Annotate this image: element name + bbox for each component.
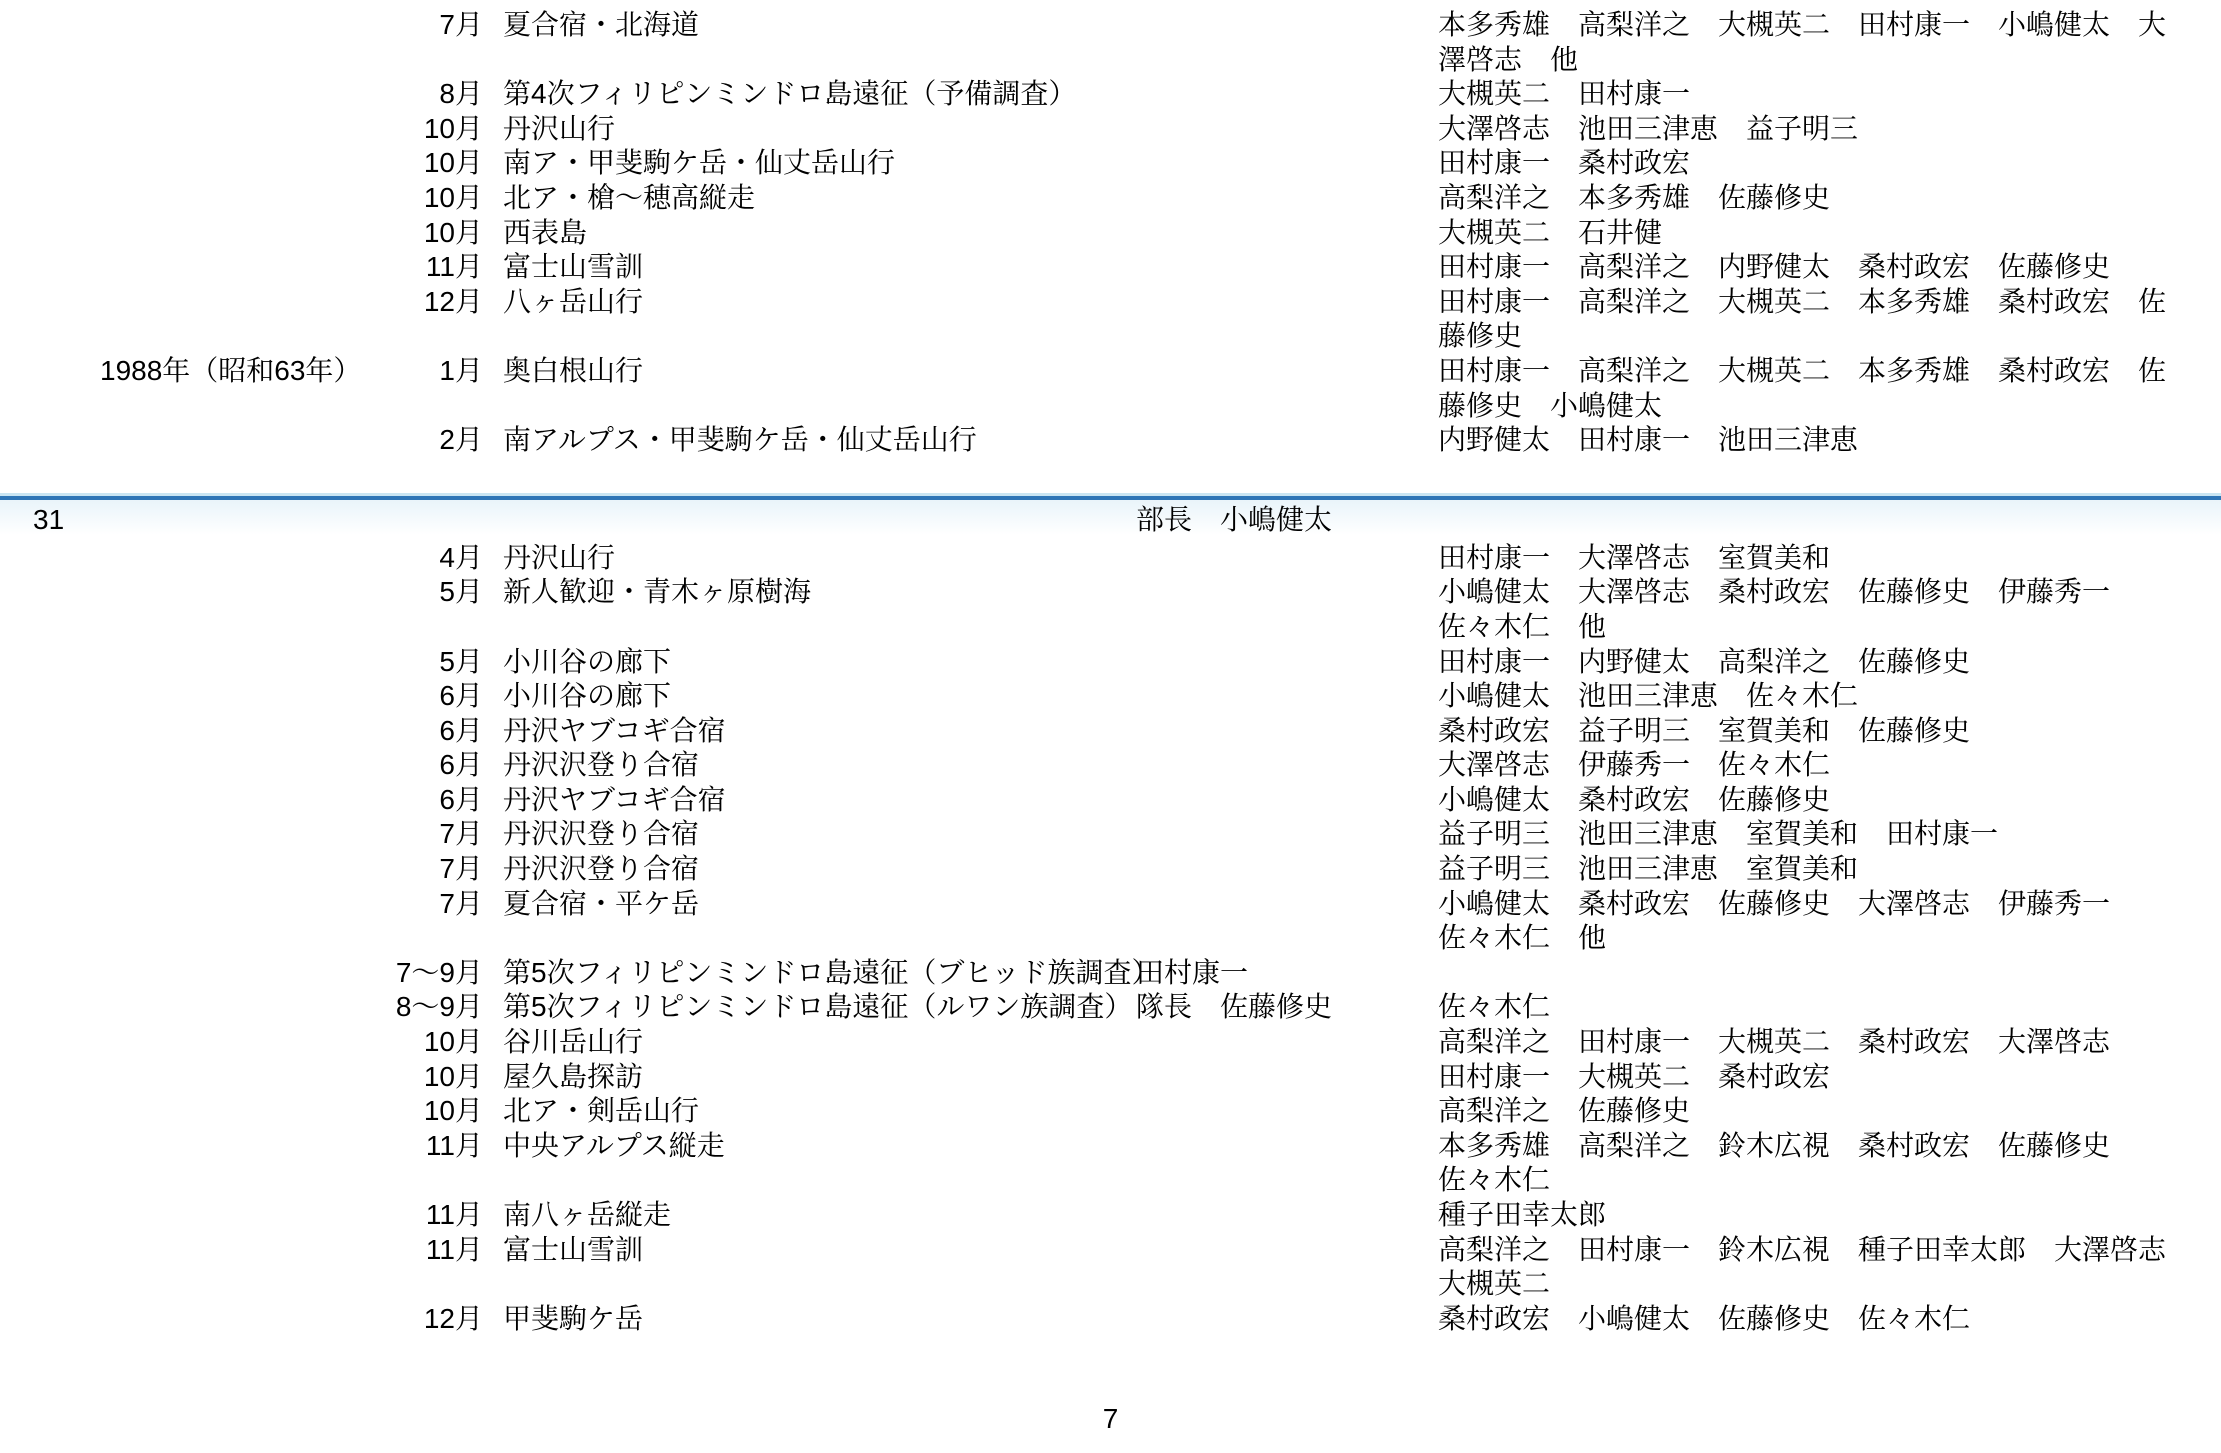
year-cell xyxy=(0,146,380,181)
month-cell: 10月 xyxy=(380,216,483,251)
year-cell xyxy=(0,748,380,783)
leader-cell xyxy=(1123,575,1438,644)
participants-cell: 大槻英二 田村康一 xyxy=(1438,77,2183,112)
year-cell xyxy=(0,216,380,251)
activity-cell: 夏合宿・平ケ岳 xyxy=(483,887,1123,956)
activity-cell: 富士山雪訓 xyxy=(483,250,1123,285)
leader-cell xyxy=(1123,354,1438,423)
activity-cell: 第5次フィリピンミンドロ島遠征（ルワン族調査） xyxy=(483,990,1123,1025)
page-number: 7 xyxy=(0,1403,2221,1435)
activity-cell: 丹沢沢登り合宿 xyxy=(483,852,1123,887)
table-row: 10月 谷川岳山行 高梨洋之 田村康一 大槻英二 桑村政宏 大澤啓志 xyxy=(0,1025,2221,1060)
table-row: 10月 北ア・槍～穂高縦走 高梨洋之 本多秀雄 佐藤修史 xyxy=(0,181,2221,216)
table-row: 10月 南ア・甲斐駒ケ岳・仙丈岳山行 田村康一 桑村政宏 xyxy=(0,146,2221,181)
month-cell: 7月 xyxy=(380,852,483,887)
year-cell xyxy=(0,1302,380,1337)
activity-table-1987: 7月 夏合宿・北海道 本多秀雄 高梨洋之 大槻英二 田村康一 小嶋健太 大澤啓志… xyxy=(0,0,2221,458)
participants-cell: 桑村政宏 小嶋健太 佐藤修史 佐々木仁 xyxy=(1438,1302,2183,1337)
section-header-row: 31 部長 小嶋健太 xyxy=(0,500,2221,541)
activity-cell: 南八ヶ岳縦走 xyxy=(483,1198,1123,1233)
activity-cell: 中央アルプス縦走 xyxy=(483,1129,1123,1198)
participants-cell: 田村康一 大槻英二 桑村政宏 xyxy=(1438,1060,2183,1095)
month-cell: 12月 xyxy=(380,1302,483,1337)
participants-cell: 小嶋健太 桑村政宏 佐藤修史 xyxy=(1438,783,2183,818)
leader-cell xyxy=(1123,1302,1438,1337)
month-cell: 6月 xyxy=(380,783,483,818)
month-cell: 8～9月 xyxy=(380,990,483,1025)
leader-cell xyxy=(1123,541,1438,576)
leader-cell xyxy=(1123,887,1438,956)
leader-cell xyxy=(1123,285,1438,354)
participants-cell: 高梨洋之 本多秀雄 佐藤修史 xyxy=(1438,181,2183,216)
participants-cell: 田村康一 高梨洋之 大槻英二 本多秀雄 桑村政宏 佐藤修史 xyxy=(1438,285,2183,354)
table-row: 11月 富士山雪訓 高梨洋之 田村康一 鈴木広視 種子田幸太郎 大澤啓志 大槻英… xyxy=(0,1233,2221,1302)
participants-cell xyxy=(1438,956,2183,991)
leader-cell xyxy=(1123,216,1438,251)
month-cell: 11月 xyxy=(380,250,483,285)
year-cell xyxy=(0,1198,380,1233)
activity-cell: 富士山雪訓 xyxy=(483,1233,1123,1302)
participants-cell: 種子田幸太郎 xyxy=(1438,1198,2183,1233)
leader-cell xyxy=(1123,146,1438,181)
month-cell: 6月 xyxy=(380,714,483,749)
year-cell xyxy=(0,1129,380,1198)
month-cell: 10月 xyxy=(380,1060,483,1095)
month-cell: 7月 xyxy=(380,817,483,852)
year-cell xyxy=(0,887,380,956)
activity-cell: 夏合宿・北海道 xyxy=(483,8,1123,77)
activity-cell: 第4次フィリピンミンドロ島遠征（予備調査） xyxy=(483,77,1123,112)
month-cell: 7月 xyxy=(380,8,483,77)
club-leader-label: 部長 小嶋健太 xyxy=(1136,503,1332,538)
activity-cell: 新人歓迎・青木ヶ原樹海 xyxy=(483,575,1123,644)
activity-cell: 第5次フィリピンミンドロ島遠征（ブヒッド族調査） xyxy=(483,956,1123,991)
year-cell xyxy=(0,250,380,285)
year-cell xyxy=(0,541,380,576)
participants-cell: 小嶋健太 池田三津恵 佐々木仁 xyxy=(1438,679,2183,714)
leader-cell xyxy=(1123,77,1438,112)
separator-gap xyxy=(0,458,2221,493)
leader-cell xyxy=(1123,8,1438,77)
year-cell xyxy=(0,990,380,1025)
year-cell xyxy=(0,645,380,680)
activity-cell: 小川谷の廊下 xyxy=(483,645,1123,680)
table-row: 7月 丹沢沢登り合宿 益子明三 池田三津恵 室賀美和 xyxy=(0,852,2221,887)
document-page: { "separator": { "left_label": "31", "ri… xyxy=(0,0,2221,1453)
participants-cell: 田村康一 桑村政宏 xyxy=(1438,146,2183,181)
table-row: 4月 丹沢山行 田村康一 大澤啓志 室賀美和 xyxy=(0,541,2221,576)
month-cell: 10月 xyxy=(380,181,483,216)
activity-cell: 南ア・甲斐駒ケ岳・仙丈岳山行 xyxy=(483,146,1123,181)
year-cell xyxy=(0,112,380,147)
month-cell: 7～9月 xyxy=(380,956,483,991)
year-cell xyxy=(0,8,380,77)
leader-cell xyxy=(1123,1233,1438,1302)
activity-cell: 丹沢沢登り合宿 xyxy=(483,817,1123,852)
participants-cell: 高梨洋之 佐藤修史 xyxy=(1438,1094,2183,1129)
participants-cell: 大槻英二 石井健 xyxy=(1438,216,2183,251)
table-row: 7月 丹沢沢登り合宿 益子明三 池田三津恵 室賀美和 田村康一 xyxy=(0,817,2221,852)
participants-cell: 佐々木仁 xyxy=(1438,990,2183,1025)
year-cell xyxy=(0,852,380,887)
participants-cell: 田村康一 内野健太 高梨洋之 佐藤修史 xyxy=(1438,645,2183,680)
table-row: 11月 南八ヶ岳縦走 種子田幸太郎 xyxy=(0,1198,2221,1233)
year-cell xyxy=(0,1233,380,1302)
table-row: 10月 丹沢山行 大澤啓志 池田三津恵 益子明三 xyxy=(0,112,2221,147)
table-row: 7～9月 第5次フィリピンミンドロ島遠征（ブヒッド族調査） 田村康一 xyxy=(0,956,2221,991)
leader-cell: 田村康一 xyxy=(1123,956,1438,991)
leader-cell xyxy=(1123,112,1438,147)
activity-cell: 北ア・槍～穂高縦走 xyxy=(483,181,1123,216)
month-cell: 8月 xyxy=(380,77,483,112)
participants-cell: 本多秀雄 高梨洋之 大槻英二 田村康一 小嶋健太 大澤啓志 他 xyxy=(1438,8,2183,77)
year-cell xyxy=(0,285,380,354)
month-cell: 10月 xyxy=(380,112,483,147)
year-cell xyxy=(0,1060,380,1095)
participants-cell: 田村康一 大澤啓志 室賀美和 xyxy=(1438,541,2183,576)
margin-page-label: 31 xyxy=(33,503,64,538)
year-cell xyxy=(0,1025,380,1060)
table-row: 12月 甲斐駒ケ岳 桑村政宏 小嶋健太 佐藤修史 佐々木仁 xyxy=(0,1302,2221,1337)
year-cell xyxy=(0,956,380,991)
participants-cell: 高梨洋之 田村康一 鈴木広視 種子田幸太郎 大澤啓志 大槻英二 xyxy=(1438,1233,2183,1302)
activity-cell: 丹沢沢登り合宿 xyxy=(483,748,1123,783)
table-row: 6月 丹沢沢登り合宿 大澤啓志 伊藤秀一 佐々木仁 xyxy=(0,748,2221,783)
leader-cell xyxy=(1123,679,1438,714)
table-row: 10月 北ア・剣岳山行 高梨洋之 佐藤修史 xyxy=(0,1094,2221,1129)
leader-cell xyxy=(1123,1060,1438,1095)
table-row: 6月 小川谷の廊下 小嶋健太 池田三津恵 佐々木仁 xyxy=(0,679,2221,714)
activity-cell: 甲斐駒ケ岳 xyxy=(483,1302,1123,1337)
month-cell: 11月 xyxy=(380,1198,483,1233)
month-cell: 12月 xyxy=(380,285,483,354)
participants-cell: 高梨洋之 田村康一 大槻英二 桑村政宏 大澤啓志 xyxy=(1438,1025,2183,1060)
activity-table-1988: 4月 丹沢山行 田村康一 大澤啓志 室賀美和 5月 新人歓迎・青木ヶ原樹海 小嶋… xyxy=(0,541,2221,1337)
month-cell: 5月 xyxy=(380,575,483,644)
table-row: 10月 屋久島探訪 田村康一 大槻英二 桑村政宏 xyxy=(0,1060,2221,1095)
year-cell xyxy=(0,423,380,458)
leader-cell xyxy=(1123,1129,1438,1198)
table-row: 6月 丹沢ヤブコギ合宿 小嶋健太 桑村政宏 佐藤修史 xyxy=(0,783,2221,818)
leader-cell xyxy=(1123,423,1438,458)
year-cell xyxy=(0,679,380,714)
activity-cell: 八ヶ岳山行 xyxy=(483,285,1123,354)
table-row: 2月 南アルプス・甲斐駒ケ岳・仙丈岳山行 内野健太 田村康一 池田三津恵 xyxy=(0,423,2221,458)
month-cell: 6月 xyxy=(380,679,483,714)
participants-cell: 田村康一 高梨洋之 内野健太 桑村政宏 佐藤修史 xyxy=(1438,250,2183,285)
month-cell: 11月 xyxy=(380,1129,483,1198)
year-cell xyxy=(0,783,380,818)
table-row: 8～9月 第5次フィリピンミンドロ島遠征（ルワン族調査） 隊長 佐藤修史 佐々木… xyxy=(0,990,2221,1025)
table-row: 6月 丹沢ヤブコギ合宿 桑村政宏 益子明三 室賀美和 佐藤修史 xyxy=(0,714,2221,749)
leader-cell xyxy=(1123,783,1438,818)
table-row: 7月 夏合宿・平ケ岳 小嶋健太 桑村政宏 佐藤修史 大澤啓志 伊藤秀一 佐々木仁… xyxy=(0,887,2221,956)
leader-cell xyxy=(1123,1198,1438,1233)
month-cell: 6月 xyxy=(380,748,483,783)
activity-cell: 西表島 xyxy=(483,216,1123,251)
leader-cell xyxy=(1123,645,1438,680)
table-row: 11月 富士山雪訓 田村康一 高梨洋之 内野健太 桑村政宏 佐藤修史 xyxy=(0,250,2221,285)
table-row: 1988年（昭和63年） 1月 奥白根山行 田村康一 高梨洋之 大槻英二 本多秀… xyxy=(0,354,2221,423)
participants-cell: 内野健太 田村康一 池田三津恵 xyxy=(1438,423,2183,458)
year-cell xyxy=(0,817,380,852)
leader-cell xyxy=(1123,250,1438,285)
table-row: 5月 小川谷の廊下 田村康一 内野健太 高梨洋之 佐藤修史 xyxy=(0,645,2221,680)
activity-cell: 丹沢ヤブコギ合宿 xyxy=(483,783,1123,818)
leader-cell xyxy=(1123,181,1438,216)
participants-cell: 小嶋健太 大澤啓志 桑村政宏 佐藤修史 伊藤秀一 佐々木仁 他 xyxy=(1438,575,2183,644)
year-cell xyxy=(0,1094,380,1129)
month-cell: 4月 xyxy=(380,541,483,576)
leader-cell xyxy=(1123,714,1438,749)
month-cell: 7月 xyxy=(380,887,483,956)
activity-cell: 北ア・剣岳山行 xyxy=(483,1094,1123,1129)
month-cell: 10月 xyxy=(380,146,483,181)
participants-cell: 益子明三 池田三津恵 室賀美和 田村康一 xyxy=(1438,817,2183,852)
month-cell: 10月 xyxy=(380,1025,483,1060)
activity-cell: 小川谷の廊下 xyxy=(483,679,1123,714)
year-cell xyxy=(0,575,380,644)
year-cell: 1988年（昭和63年） xyxy=(0,354,380,423)
activity-cell: 屋久島探訪 xyxy=(483,1060,1123,1095)
activity-cell: 丹沢山行 xyxy=(483,541,1123,576)
participants-cell: 大澤啓志 池田三津恵 益子明三 xyxy=(1438,112,2183,147)
activity-cell: 南アルプス・甲斐駒ケ岳・仙丈岳山行 xyxy=(483,423,1123,458)
month-cell: 5月 xyxy=(380,645,483,680)
leader-cell: 隊長 佐藤修史 xyxy=(1123,990,1438,1025)
participants-cell: 田村康一 高梨洋之 大槻英二 本多秀雄 桑村政宏 佐藤修史 小嶋健太 xyxy=(1438,354,2183,423)
year-cell xyxy=(0,77,380,112)
activity-cell: 丹沢ヤブコギ合宿 xyxy=(483,714,1123,749)
participants-cell: 本多秀雄 高梨洋之 鈴木広視 桑村政宏 佐藤修史 佐々木仁 xyxy=(1438,1129,2183,1198)
leader-cell xyxy=(1123,748,1438,783)
activity-cell: 奥白根山行 xyxy=(483,354,1123,423)
activity-cell: 谷川岳山行 xyxy=(483,1025,1123,1060)
month-cell: 11月 xyxy=(380,1233,483,1302)
activity-cell: 丹沢山行 xyxy=(483,112,1123,147)
participants-cell: 益子明三 池田三津恵 室賀美和 xyxy=(1438,852,2183,887)
participants-cell: 小嶋健太 桑村政宏 佐藤修史 大澤啓志 伊藤秀一 佐々木仁 他 xyxy=(1438,887,2183,956)
table-row: 12月 八ヶ岳山行 田村康一 高梨洋之 大槻英二 本多秀雄 桑村政宏 佐藤修史 xyxy=(0,285,2221,354)
table-row: 11月 中央アルプス縦走 本多秀雄 高梨洋之 鈴木広視 桑村政宏 佐藤修史 佐々… xyxy=(0,1129,2221,1198)
page-divider-line xyxy=(0,493,2221,500)
year-cell xyxy=(0,714,380,749)
year-cell xyxy=(0,181,380,216)
leader-cell xyxy=(1123,817,1438,852)
month-cell: 10月 xyxy=(380,1094,483,1129)
leader-cell xyxy=(1123,1025,1438,1060)
table-row: 5月 新人歓迎・青木ヶ原樹海 小嶋健太 大澤啓志 桑村政宏 佐藤修史 伊藤秀一 … xyxy=(0,575,2221,644)
leader-cell xyxy=(1123,1094,1438,1129)
table-row: 8月 第4次フィリピンミンドロ島遠征（予備調査） 大槻英二 田村康一 xyxy=(0,77,2221,112)
table-row: 10月 西表島 大槻英二 石井健 xyxy=(0,216,2221,251)
month-cell: 2月 xyxy=(380,423,483,458)
participants-cell: 桑村政宏 益子明三 室賀美和 佐藤修史 xyxy=(1438,714,2183,749)
leader-cell xyxy=(1123,852,1438,887)
table-row: 7月 夏合宿・北海道 本多秀雄 高梨洋之 大槻英二 田村康一 小嶋健太 大澤啓志… xyxy=(0,8,2221,77)
month-cell: 1月 xyxy=(380,354,483,423)
participants-cell: 大澤啓志 伊藤秀一 佐々木仁 xyxy=(1438,748,2183,783)
